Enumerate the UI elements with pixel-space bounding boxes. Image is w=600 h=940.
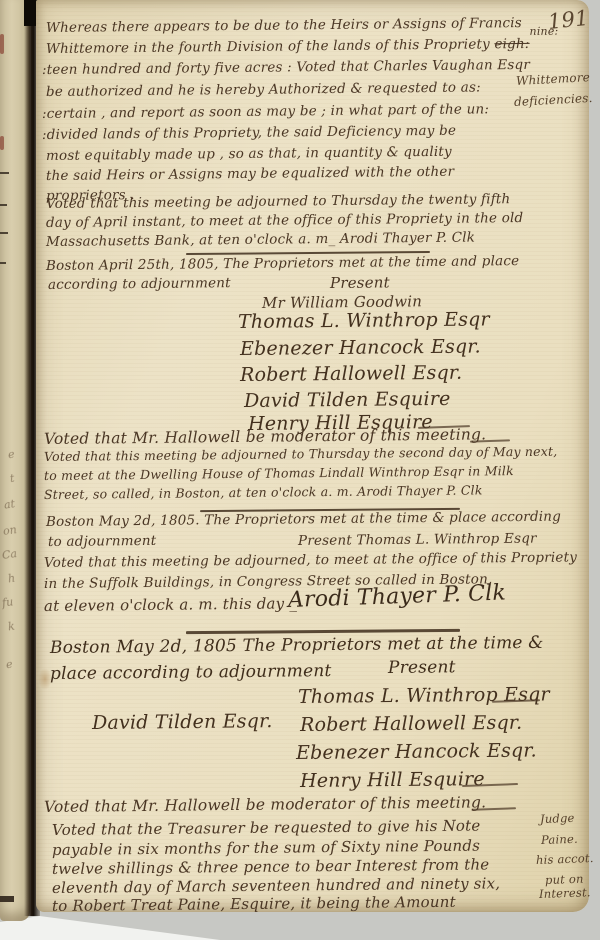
facing-page-text-fragment: at: [3, 497, 16, 511]
facing-page-text-fragment: on: [2, 523, 17, 538]
attendee-name: Thomas L. Winthrop Esqr: [298, 683, 550, 708]
edge-ink-mark: [0, 896, 14, 902]
manuscript-scan: e t at on Ca h fu k e 191 Whereas there …: [0, 0, 600, 940]
edge-red-mark: [0, 34, 4, 54]
entry-may2a-adjournment: to adjournment: [48, 533, 157, 550]
facing-page-text-fragment: Ca: [1, 547, 18, 562]
superscript-correction: nine:: [529, 25, 558, 38]
present-heading: Present: [330, 273, 390, 292]
entry-may2a-vote: at eleven o'clock a. m. this day _: [44, 594, 297, 615]
struck-word: eigh:: [494, 36, 529, 52]
edge-ink-mark: [0, 232, 8, 234]
attendee-name: Robert Hallowell Esqr.: [240, 362, 463, 386]
margin-note-paine: Paine.: [541, 832, 578, 847]
entry-may2a-present: Present Thomas L. Winthrop Esqr: [298, 531, 537, 549]
edge-ink-mark: [0, 204, 7, 206]
attendee-name: David Tilden Esquire: [244, 388, 451, 412]
facing-page-text-fragment: fu: [1, 595, 14, 609]
attendee-name: Ebenezer Hancock Esqr.: [296, 739, 537, 764]
facing-page-text-fragment: h: [7, 572, 16, 586]
facing-page-text-fragment: e: [7, 448, 15, 462]
margin-note-paine: Judge: [540, 811, 575, 826]
entry-apr25-adjournment: according to adjournment: [48, 275, 231, 293]
present-heading: Present: [388, 657, 456, 678]
attendee-name: David Tilden Esqr.: [92, 710, 273, 734]
entry-may2b-adjournment: place according to adjournment: [50, 661, 332, 684]
attendee-name: Ebenezer Hancock Esqr.: [240, 335, 481, 360]
facing-page-text-fragment: k: [7, 620, 15, 634]
edge-ink-mark: [0, 172, 9, 174]
edge-red-mark: [0, 136, 4, 150]
attendee-name: Thomas L. Winthrop Esqr: [238, 308, 490, 333]
attendee-name: Robert Hallowell Esqr.: [300, 712, 523, 736]
facing-page-text-fragment: e: [5, 658, 13, 672]
margin-note-paine: his accot.: [536, 851, 594, 867]
margin-note-paine: Interest.: [539, 885, 591, 901]
facing-page-text-fragment: t: [9, 472, 15, 485]
attendee-name: Henry Hill Esquire: [300, 768, 485, 792]
edge-ink-mark: [0, 262, 6, 264]
